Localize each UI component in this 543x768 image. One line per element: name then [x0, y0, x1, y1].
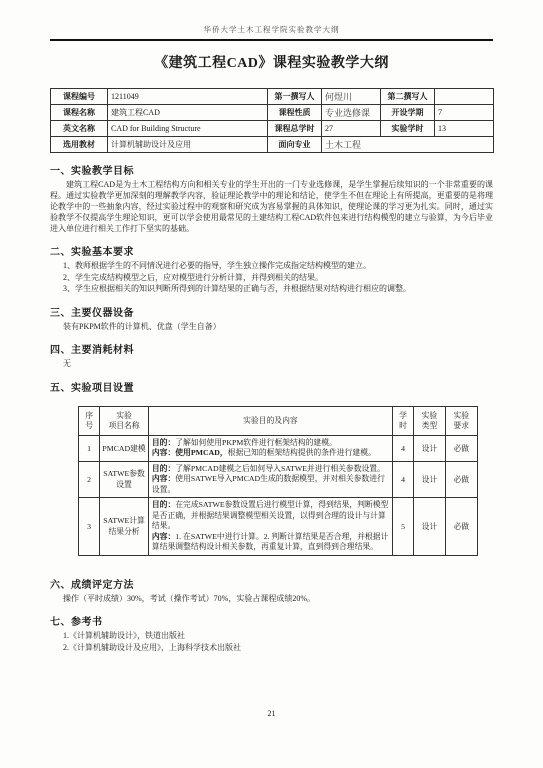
content-text: 1. 在SATWE中进行计算。2. 判断计算结果是否合理，并根据计算结果调整结构…: [152, 532, 389, 552]
content-line: 内容：1. 在SATWE中进行计算。2. 判断计算结果是否合理，并根据计算结果调…: [152, 532, 389, 553]
semester-label: 开设学期: [381, 105, 435, 121]
col-header-no: 序 号: [79, 406, 100, 435]
content-label: 内容：: [152, 532, 175, 541]
purpose-text: 在完成SATWE参数设置后进行模型计算，得到结果，判断模型是否正确，并根据结果调…: [152, 500, 389, 530]
total-hours-label: 课程总学时: [268, 121, 322, 137]
project-desc: 目的：了解PMCAD建模之后如何导入SATWE并进行相关参数设置。 内容：使用S…: [148, 461, 392, 498]
table-row: 1 PMCAD建模 目的：了解如何使用PKPM软件进行框架结构的建模。 内容：使…: [79, 435, 478, 461]
table-row: 3 SATWE计算结果分析 目的：在完成SATWE参数设置后进行模型计算，得到结…: [79, 498, 478, 556]
content-line: 内容：使用PMCAD，根据已知的框架结构提供的条件进行建模。: [152, 448, 389, 459]
total-hours-value: 27: [322, 121, 381, 137]
course-name-label: 课程名称: [51, 105, 108, 121]
requirement-item: 2、学生完成结构模型之后，应对模型进行分析计算，并得到相关的结果。: [63, 272, 493, 284]
grading-text: 操作（平时成绩）30%，考试（操作考试）70%，实验占课程成绩20%。: [63, 593, 493, 605]
table-row: 英文名称 CAD for Building Structure 课程总学时 27…: [51, 121, 494, 137]
project-hours: 4: [392, 461, 413, 498]
col-header-hours: 学 时: [392, 406, 413, 435]
table-row: 2 SATWE参数设置 目的：了解PMCAD建模之后如何导入SATWE并进行相关…: [79, 461, 478, 498]
page-number: 21: [0, 709, 543, 718]
project-name: SATWE参数设置: [100, 461, 149, 498]
consumables-text: 无: [63, 358, 493, 370]
second-author-label: 第二撰写人: [381, 89, 435, 105]
content-label: 内容：: [152, 448, 175, 457]
project-type: 设计: [414, 498, 445, 556]
requirement-item: 3、学生应根据相关的知识判断所得到的计算结果的正确与否，并根据结果对结构进行相应…: [63, 283, 493, 295]
experiment-project-table: 序 号 实验 项目名称 实验目的及内容 学 时 实验 类型 实验 要求 1 PM…: [78, 406, 478, 556]
header-rule: [50, 39, 493, 41]
content-line: 内容：使用SATWE导入PMCAD生成的数据模型，并对相关参数进行设置。: [152, 474, 389, 495]
col-header-desc: 实验目的及内容: [148, 406, 392, 435]
project-no: 2: [79, 461, 100, 498]
section-3-heading: 三、主要仪器设备: [50, 304, 493, 319]
course-type-label: 课程性质: [268, 105, 322, 121]
textbook-label: 选用教材: [51, 137, 108, 153]
project-type: 设计: [414, 461, 445, 498]
col-header-name: 实验 项目名称: [100, 406, 149, 435]
project-name: SATWE计算结果分析: [100, 498, 149, 556]
table-row: 课程编号 1211049 第一撰写人 何煜川 第二撰写人: [51, 89, 494, 105]
project-name: PMCAD建模: [100, 435, 149, 461]
course-id-value: 1211049: [108, 89, 268, 105]
content-bold-text: 使用PMCAD，: [175, 448, 227, 457]
requirement-item: 1、教师根据学生的不同情况进行必要的指导，学生独立操作完成指定结构模型的建立。: [63, 260, 493, 272]
col-header-type: 实验 类型: [414, 406, 445, 435]
document-body: 一、实验教学目标 建筑工程CAD是为土木工程结构方向和相关专业的学生开出的一门专…: [50, 162, 493, 653]
page-title: 《建筑工程CAD》课程实验教学大纲: [0, 52, 543, 72]
table-header-row: 序 号 实验 项目名称 实验目的及内容 学 时 实验 类型 实验 要求: [79, 406, 478, 435]
document-page: 华侨大学土木工程学院实验教学大纲 《建筑工程CAD》课程实验教学大纲 课程编号 …: [0, 0, 543, 768]
purpose-line: 目的：在完成SATWE参数设置后进行模型计算，得到结果，判断模型是否正确，并根据…: [152, 500, 389, 532]
purpose-line: 目的：了解PMCAD建模之后如何导入SATWE并进行相关参数设置。: [152, 464, 389, 475]
project-type: 设计: [414, 435, 445, 461]
course-info-table: 课程编号 1211049 第一撰写人 何煜川 第二撰写人 课程名称 建筑工程CA…: [50, 88, 494, 153]
col-header-req: 实验 要求: [445, 406, 477, 435]
section-1-paragraph: 建筑工程CAD是为土木工程结构方向和相关专业的学生开出的一门专业选修课，是学生掌…: [50, 179, 493, 234]
section-6-heading: 六、成绩评定方法: [50, 576, 493, 591]
major-value: 土木工程: [322, 137, 494, 153]
purpose-label: 目的：: [152, 500, 175, 509]
course-name-value: 建筑工程CAD: [108, 105, 268, 121]
first-author-label: 第一撰写人: [268, 89, 322, 105]
section-2-heading: 二、实验基本要求: [50, 243, 493, 258]
project-req: 必做: [445, 498, 477, 556]
project-req: 必做: [445, 461, 477, 498]
textbook-value: 计算机辅助设计及应用: [108, 137, 268, 153]
content-label: 内容：: [152, 474, 175, 483]
purpose-label: 目的：: [152, 438, 175, 447]
project-desc: 目的：在完成SATWE参数设置后进行模型计算，得到结果，判断模型是否正确，并根据…: [148, 498, 392, 556]
table-row: 课程名称 建筑工程CAD 课程性质 专业选修课 开设学期 7: [51, 105, 494, 121]
purpose-text: 了解如何使用PKPM软件进行框架结构的建模。: [175, 438, 337, 447]
purpose-label: 目的：: [152, 464, 175, 473]
first-author-value: 何煜川: [322, 89, 381, 105]
course-type-value: 专业选修课: [322, 105, 381, 121]
content-text: 使用SATWE导入PMCAD生成的数据模型，并对相关参数进行设置。: [152, 474, 385, 494]
table-row: 选用教材 计算机辅助设计及应用 面向专业 土木工程: [51, 137, 494, 153]
lab-hours-label: 实验学时: [381, 121, 435, 137]
english-name-value: CAD for Building Structure: [108, 121, 268, 137]
reference-item: 1.《计算机辅助设计》，铁道出版社: [63, 630, 493, 642]
reference-item: 2.《计算机辅助设计及应用》，上海科学技术出版社: [63, 642, 493, 654]
section-7-heading: 七、参考书: [50, 613, 493, 628]
course-id-label: 课程编号: [51, 89, 108, 105]
project-no: 3: [79, 498, 100, 556]
project-hours: 4: [392, 435, 413, 461]
project-no: 1: [79, 435, 100, 461]
lab-hours-value: 13: [435, 121, 494, 137]
second-author-value: [435, 89, 494, 105]
purpose-line: 目的：了解如何使用PKPM软件进行框架结构的建模。: [152, 438, 389, 449]
section-5-heading: 五、实验项目设置: [50, 379, 493, 394]
project-hours: 5: [392, 498, 413, 556]
content-text: 根据已知的框架结构提供的条件进行建模。: [228, 448, 376, 457]
semester-value: 7: [435, 105, 494, 121]
major-label: 面向专业: [268, 137, 322, 153]
equipment-text: 装有PKPM软件的计算机、优盘（学生自备）: [63, 321, 493, 333]
english-name-label: 英文名称: [51, 121, 108, 137]
project-desc: 目的：了解如何使用PKPM软件进行框架结构的建模。 内容：使用PMCAD，根据已…: [148, 435, 392, 461]
project-req: 必做: [445, 435, 477, 461]
section-1-heading: 一、实验教学目标: [50, 162, 493, 177]
purpose-text: 了解PMCAD建模之后如何导入SATWE并进行相关参数设置。: [175, 464, 385, 473]
running-header: 华侨大学土木工程学院实验教学大纲: [0, 0, 543, 35]
section-4-heading: 四、主要消耗材料: [50, 341, 493, 356]
